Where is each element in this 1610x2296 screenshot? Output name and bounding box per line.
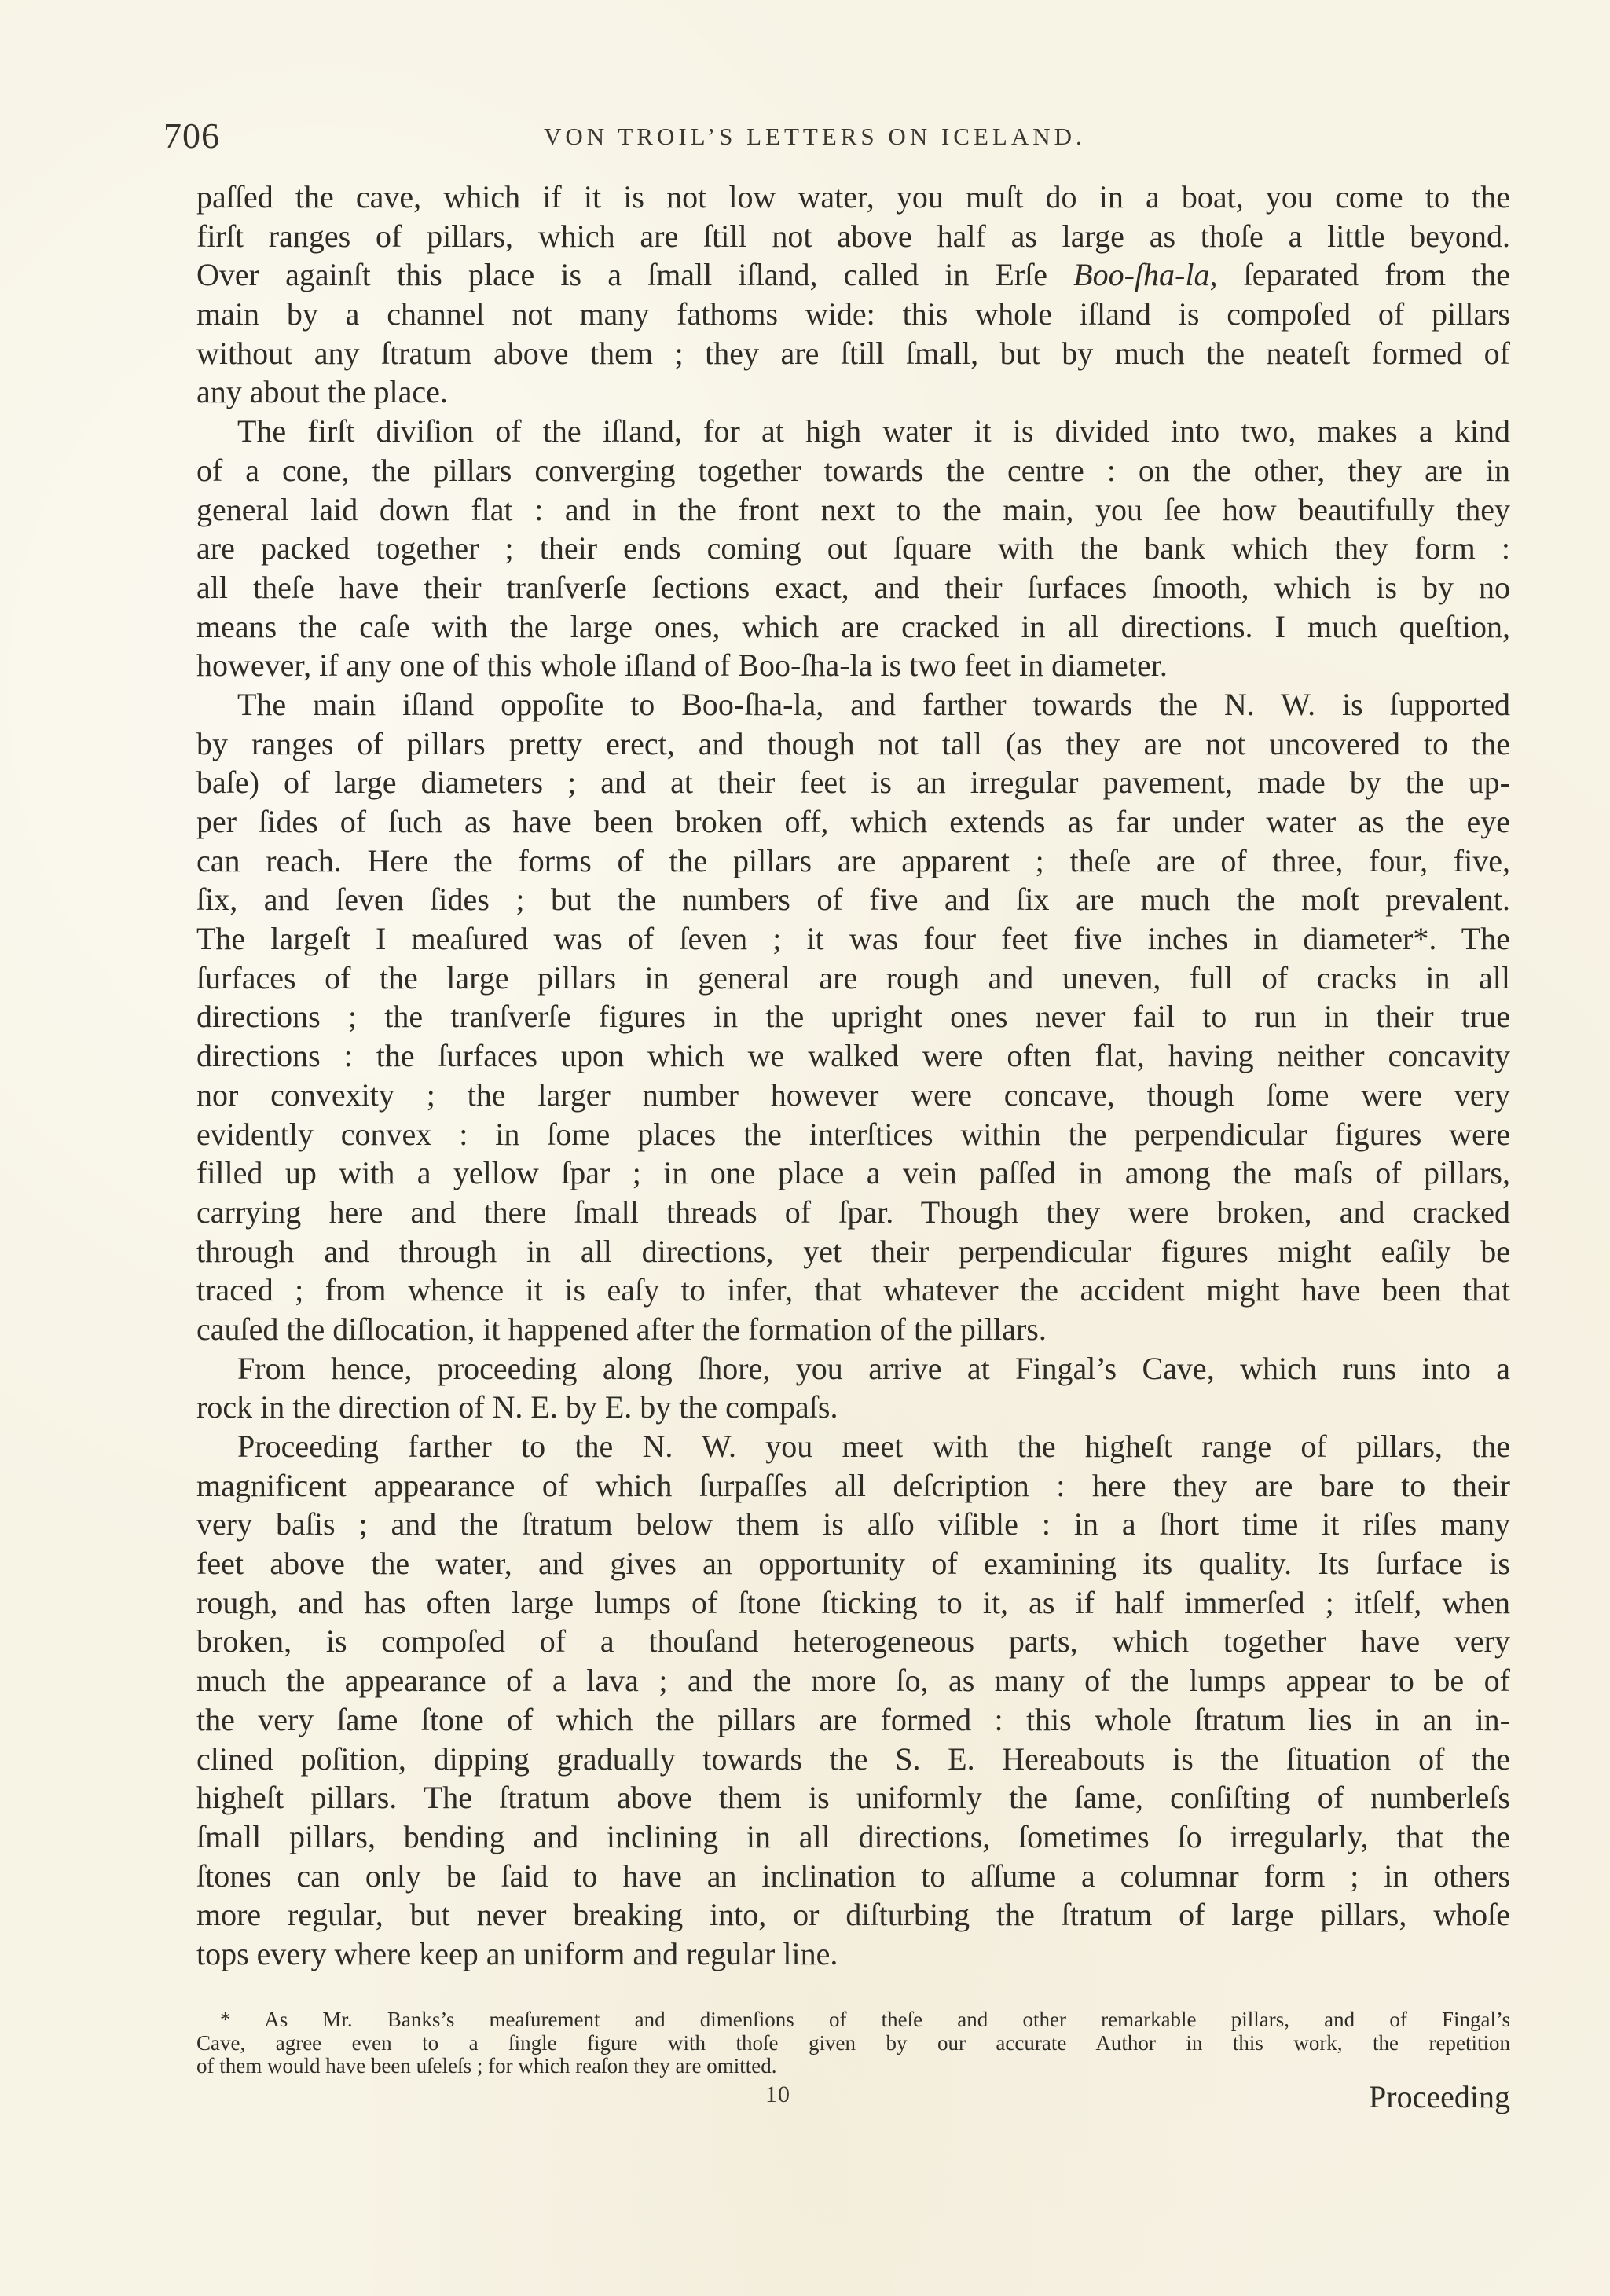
- body-line: nor convexity ; the larger number howeve…: [196, 1076, 1510, 1115]
- body-line: ſmall pillars, bending and inclining in …: [196, 1817, 1510, 1857]
- body-line: baſe) of large diameters ; and at their …: [196, 763, 1510, 802]
- body-line: can reach. Here the forms of the pillars…: [196, 842, 1510, 881]
- footnote-line: of them would have been uſeleſs ; for wh…: [196, 2055, 1510, 2078]
- body-line: The firſt diviſion of the iſland, for at…: [196, 412, 1510, 451]
- body-line: ſtones can only be ſaid to have an incli…: [196, 1857, 1510, 1896]
- body-text: paſſed the cave, which if it is not low …: [196, 178, 1510, 1974]
- footnote-line: * As Mr. Banks’s meaſurement and dimenſi…: [196, 2008, 1510, 2032]
- body-line: however, if any one of this whole iſland…: [196, 646, 1510, 685]
- body-line: evidently convex : in ſome places the in…: [196, 1115, 1510, 1154]
- body-line: main by a channel not many fathoms wide:…: [196, 295, 1510, 334]
- body-line: broken, is compoſed of a thouſand hetero…: [196, 1622, 1510, 1661]
- body-line: magnificent appearance of which ſurpaſſe…: [196, 1466, 1510, 1506]
- body-line: all theſe have their tranſverſe ſections…: [196, 568, 1510, 607]
- body-line: general laid down flat : and in the fron…: [196, 490, 1510, 530]
- footnote: * As Mr. Banks’s meaſurement and dimenſi…: [196, 2008, 1510, 2078]
- body-line: paſſed the cave, which if it is not low …: [196, 178, 1510, 217]
- body-line: clined poſition, dipping gradually towar…: [196, 1740, 1510, 1779]
- body-line: traced ; from whence it is eaſy to infer…: [196, 1271, 1510, 1310]
- body-line: higheſt pillars. The ſtratum above them …: [196, 1778, 1510, 1817]
- running-head: 706 VON TROIL’S LETTERS ON ICELAND.: [163, 116, 1510, 156]
- book-page: 706 VON TROIL’S LETTERS ON ICELAND. paſſ…: [0, 0, 1610, 2296]
- body-line: From hence, proceeding along ſhore, you …: [196, 1349, 1510, 1388]
- body-line: more regular, but never breaking into, o…: [196, 1895, 1510, 1935]
- catchword: Proceeding: [1369, 2078, 1510, 2117]
- italic-term: Boo-ſha-la: [1073, 257, 1209, 292]
- running-title: VON TROIL’S LETTERS ON ICELAND.: [544, 121, 1086, 152]
- body-line: much the appearance of a lava ; and the …: [196, 1661, 1510, 1700]
- body-line: The main iſland oppoſite to Boo-ſha-la, …: [196, 685, 1510, 724]
- body-line: are packed together ; their ends coming …: [196, 529, 1510, 568]
- body-line: without any ſtratum above them ; they ar…: [196, 334, 1510, 373]
- body-line: ſix, and ſeven ſides ; but the numbers o…: [196, 880, 1510, 919]
- body-line: any about the place.: [196, 372, 1510, 412]
- body-line: The largeſt I meaſured was of ſeven ; it…: [196, 919, 1510, 959]
- body-line: feet above the water, and gives an oppor…: [196, 1544, 1510, 1583]
- body-line: cauſed the diſlocation, it happened afte…: [196, 1310, 1510, 1349]
- body-line: firſt ranges of pillars, which are ſtill…: [196, 217, 1510, 256]
- page-number: 706: [163, 116, 220, 156]
- body-line: through and through in all directions, y…: [196, 1232, 1510, 1271]
- body-line: tops every where keep an uniform and reg…: [196, 1935, 1510, 1974]
- body-line: rock in the direction of N. E. by E. by …: [196, 1388, 1510, 1427]
- body-line: means the caſe with the large ones, whic…: [196, 607, 1510, 647]
- body-line: by ranges of pillars pretty erect, and t…: [196, 724, 1510, 764]
- body-line: Proceeding farther to the N. W. you meet…: [196, 1427, 1510, 1466]
- body-line: very baſis ; and the ſtratum below them …: [196, 1505, 1510, 1544]
- body-line: Over againſt this place is a ſmall iſlan…: [196, 255, 1510, 295]
- body-line: directions ; the tranſverſe figures in t…: [196, 997, 1510, 1036]
- signature-mark: 10: [765, 2079, 790, 2111]
- body-line: filled up with a yellow ſpar ; in one pl…: [196, 1154, 1510, 1193]
- footnote-line: Cave, agree even to a ſingle figure with…: [196, 2032, 1510, 2056]
- body-line: ſurfaces of the large pillars in general…: [196, 959, 1510, 998]
- body-line: per ſides of ſuch as have been broken of…: [196, 802, 1510, 842]
- body-line: carrying here and there ſmall threads of…: [196, 1193, 1510, 1232]
- body-line: directions : the ſurfaces upon which we …: [196, 1036, 1510, 1076]
- body-line: rough, and has often large lumps of ſton…: [196, 1583, 1510, 1623]
- body-line: of a cone, the pillars converging togeth…: [196, 451, 1510, 490]
- body-line: the very ſame ſtone of which the pillars…: [196, 1700, 1510, 1740]
